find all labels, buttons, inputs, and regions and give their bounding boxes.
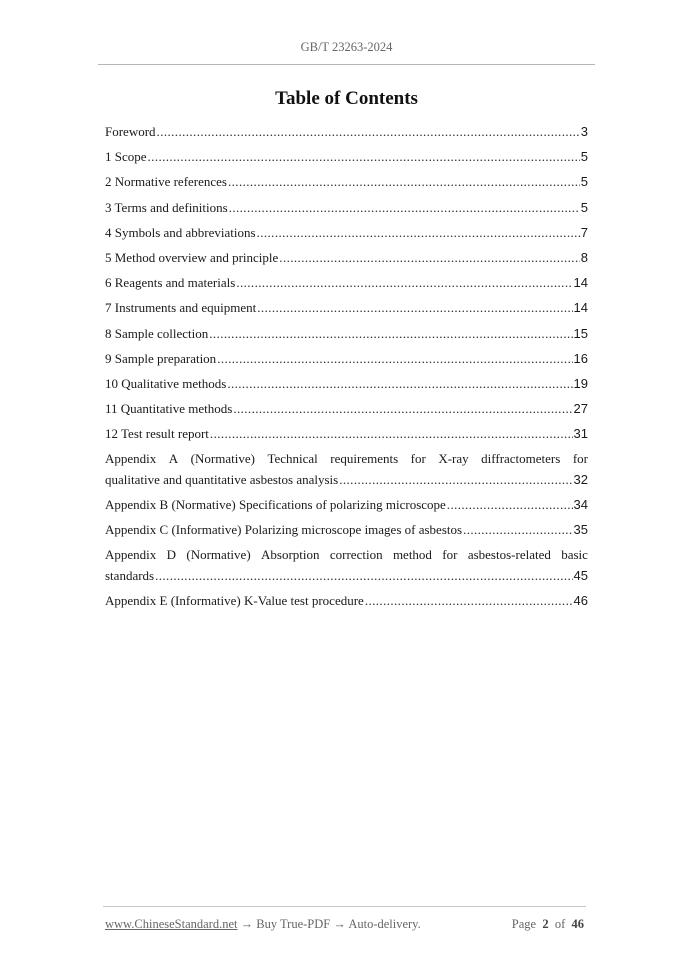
toc-page-number: 19 [574, 374, 588, 394]
dot-leader [279, 248, 579, 268]
toc-entry[interactable]: 11 Quantitative methods27 [105, 399, 588, 419]
toc-entry[interactable]: 1 Scope5 [105, 147, 588, 167]
toc-entry[interactable]: Appendix E (Informative) K-Value test pr… [105, 591, 588, 611]
dot-leader [217, 349, 572, 369]
toc-page-number: 7 [581, 223, 588, 243]
table-of-contents: Foreword31 Scope52 Normative references5… [105, 122, 588, 616]
toc-entry-label: 3 Terms and definitions [105, 198, 228, 218]
toc-entry-label: 9 Sample preparation [105, 349, 216, 369]
toc-entry-label: 8 Sample collection [105, 324, 208, 344]
toc-entry[interactable]: 7 Instruments and equipment14 [105, 298, 588, 318]
current-page: 2 [542, 917, 548, 931]
toc-entry[interactable]: 3 Terms and definitions5 [105, 198, 588, 218]
dot-leader [233, 399, 572, 419]
dot-leader [229, 198, 580, 218]
toc-entry-label: Appendix C (Informative) Polarizing micr… [105, 520, 462, 540]
toc-entry-label: Foreword [105, 122, 156, 142]
toc-page-number: 31 [574, 424, 588, 444]
toc-page-number: 5 [581, 198, 588, 218]
toc-entry-label: standards [105, 566, 154, 586]
toc-page-number: 34 [574, 495, 588, 515]
header-divider [98, 64, 595, 65]
toc-page-number: 16 [574, 349, 588, 369]
toc-entry-label: 2 Normative references [105, 172, 227, 192]
toc-page-number: 27 [574, 399, 588, 419]
footer-promo: www.ChineseStandard.net → Buy True-PDF →… [105, 917, 421, 932]
toc-entry[interactable]: 5 Method overview and principle8 [105, 248, 588, 268]
dot-leader [148, 147, 580, 167]
dot-leader [157, 122, 580, 142]
dot-leader [210, 424, 573, 444]
toc-entry[interactable]: 6 Reagents and materials14 [105, 273, 588, 293]
dot-leader [209, 324, 572, 344]
toc-entry[interactable]: 12 Test result report31 [105, 424, 588, 444]
toc-entry-label: 10 Qualitative methods [105, 374, 226, 394]
arrow-icon: → [241, 917, 254, 931]
toc-entry-label: 1 Scope [105, 147, 147, 167]
toc-entry-label: 12 Test result report [105, 424, 209, 444]
toc-entry[interactable]: 9 Sample preparation16 [105, 349, 588, 369]
dot-leader [236, 273, 572, 293]
dot-leader [365, 591, 573, 611]
toc-entry-label: 5 Method overview and principle [105, 248, 278, 268]
toc-page-number: 45 [574, 566, 588, 586]
dot-leader [227, 374, 572, 394]
toc-entry-label: 11 Quantitative methods [105, 399, 232, 419]
toc-page-number: 5 [581, 147, 588, 167]
toc-entry[interactable]: 8 Sample collection15 [105, 324, 588, 344]
delivery-text: Auto-delivery. [348, 917, 420, 931]
toc-entry-label: Appendix B (Normative) Specifications of… [105, 495, 446, 515]
dot-leader [257, 223, 580, 243]
page-indicator: Page 2 of 46 [512, 917, 584, 932]
total-pages: 46 [572, 917, 585, 931]
document-id-header: GB/T 23263-2024 [0, 40, 693, 55]
buy-text: Buy True-PDF [256, 917, 330, 931]
dot-leader [155, 566, 572, 586]
toc-entry[interactable]: Appendix B (Normative) Specifications of… [105, 495, 588, 515]
toc-entry-label: 4 Symbols and abbreviations [105, 223, 256, 243]
arrow-icon: → [333, 917, 346, 931]
toc-page-number: 14 [574, 273, 588, 293]
toc-entry[interactable]: AppendixD(Normative)Absorptioncorrection… [105, 545, 588, 586]
footer-divider [103, 906, 586, 907]
dot-leader [463, 520, 572, 540]
toc-entry[interactable]: Foreword3 [105, 122, 588, 142]
toc-page-number: 14 [574, 298, 588, 318]
toc-page-number: 5 [581, 172, 588, 192]
toc-entry-label: Appendix E (Informative) K-Value test pr… [105, 591, 364, 611]
toc-page-number: 15 [574, 324, 588, 344]
toc-page-number: 35 [574, 520, 588, 540]
dot-leader [339, 470, 572, 490]
dot-leader [228, 172, 580, 192]
toc-entry-label-line1: AppendixD(Normative)Absorptioncorrection… [105, 545, 588, 565]
dot-leader [447, 495, 573, 515]
toc-entry[interactable]: 10 Qualitative methods19 [105, 374, 588, 394]
toc-entry-label: 7 Instruments and equipment [105, 298, 256, 318]
website-link[interactable]: www.ChineseStandard.net [105, 917, 238, 931]
toc-entry[interactable]: 4 Symbols and abbreviations7 [105, 223, 588, 243]
toc-page-number: 46 [574, 591, 588, 611]
toc-page-number: 32 [574, 470, 588, 490]
toc-page-number: 8 [581, 248, 588, 268]
toc-entry-label-line1: AppendixA(Normative)Technicalrequirement… [105, 449, 588, 469]
page-footer: www.ChineseStandard.net → Buy True-PDF →… [105, 917, 584, 932]
dot-leader [257, 298, 572, 318]
toc-page-number: 3 [581, 122, 588, 142]
toc-entry-label: qualitative and quantitative asbestos an… [105, 470, 338, 490]
toc-entry[interactable]: 2 Normative references5 [105, 172, 588, 192]
toc-entry[interactable]: Appendix C (Informative) Polarizing micr… [105, 520, 588, 540]
page-title: Table of Contents [0, 88, 693, 110]
toc-entry[interactable]: AppendixA(Normative)Technicalrequirement… [105, 449, 588, 490]
toc-entry-label: 6 Reagents and materials [105, 273, 235, 293]
